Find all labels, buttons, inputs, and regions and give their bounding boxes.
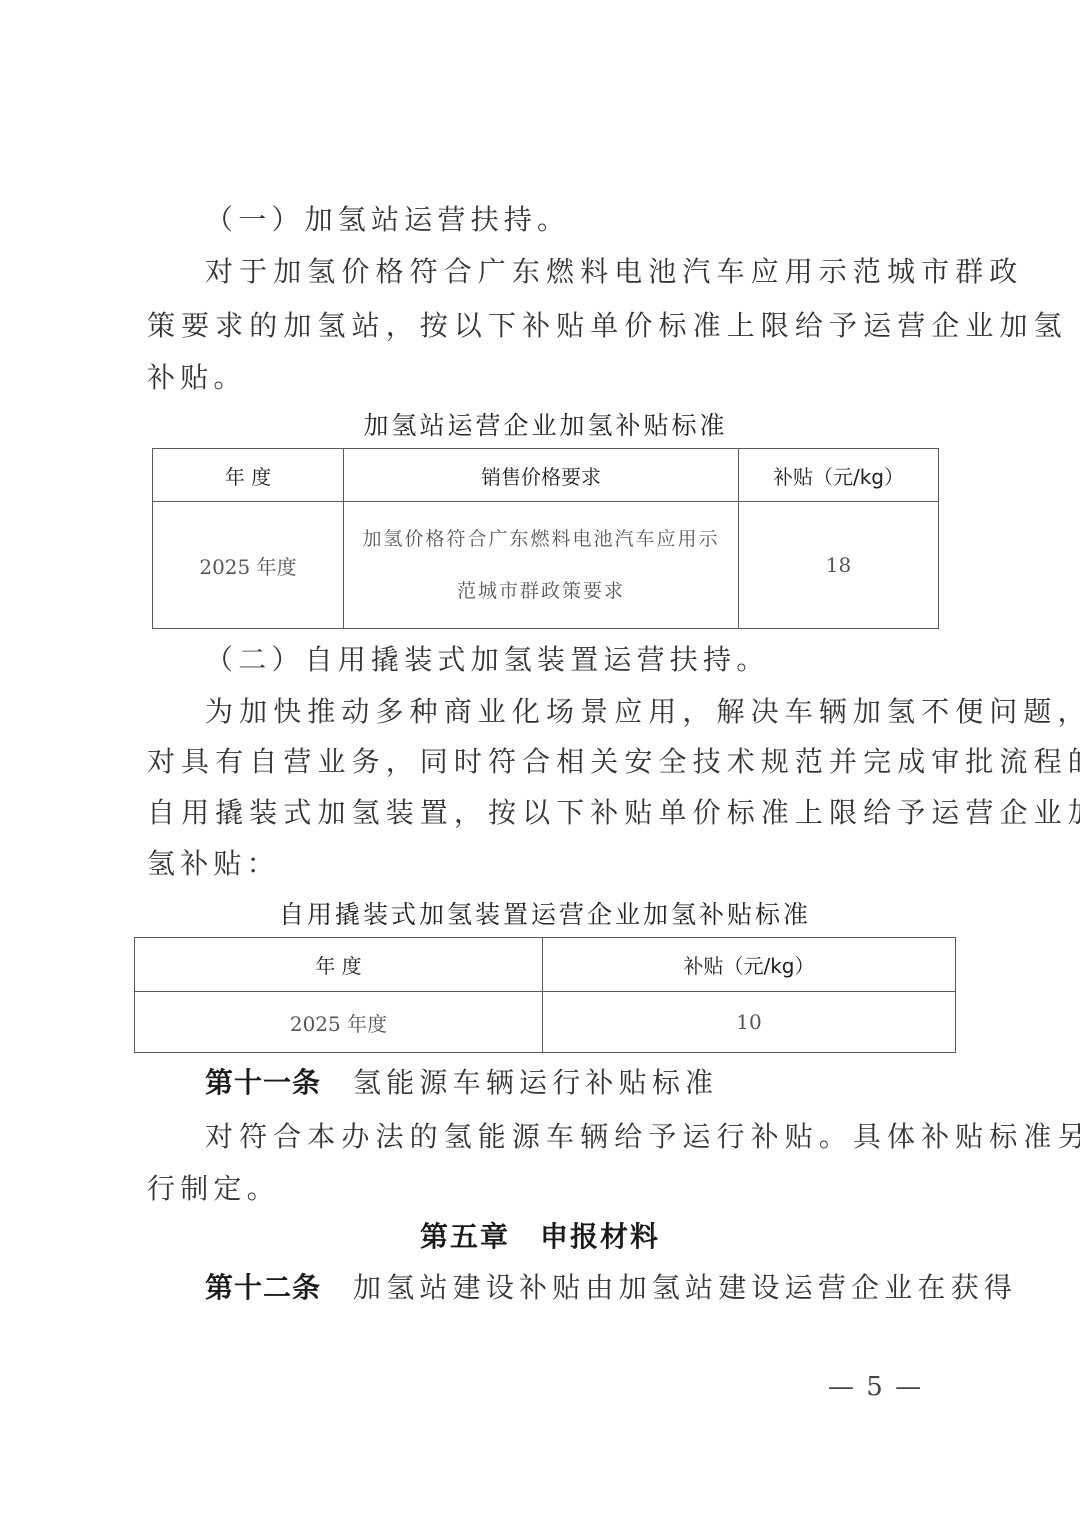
chapter-5-heading: 第五章 申报材料 [0, 1220, 1080, 1254]
section-1-heading: （一）加氢站运营扶持。 [205, 203, 570, 237]
section-2-paragraph-line-3: 自用撬装式加氢装置，按以下补贴单价标准上限给予运营企业加 [147, 796, 1080, 830]
article-11-label: 第十一条 [205, 1066, 321, 1099]
price-requirement-line-1: 加氢价格符合广东燃料电池汽车应用示 [344, 513, 738, 565]
table-header-subsidy: 补贴（元/kg） [739, 449, 939, 502]
section-1-paragraph-line-1: 对于加氢价格符合广东燃料电池汽车应用示范城市群政 [205, 255, 1023, 289]
article-12-text: 加氢站建设补贴由加氢站建设运营企业在获得 [353, 1271, 1017, 1304]
table-header-subsidy: 补贴（元/kg） [543, 938, 956, 992]
table-cell-year: 2025 年度 [135, 992, 543, 1053]
table-header-row: 年 度 补贴（元/kg） [135, 938, 956, 992]
table-header-year: 年 度 [153, 449, 344, 502]
table-1-caption: 加氢站运营企业加氢补贴标准 [152, 411, 939, 441]
article-11-paragraph-line-2: 行制定。 [147, 1172, 280, 1206]
section-2-paragraph-line-2: 对具有自营业务，同时符合相关安全技术规范并完成审批流程的 [147, 745, 1080, 779]
section-2-paragraph-line-1: 为加快推动多种商业化场景应用，解决车辆加氢不便问题， [205, 695, 1080, 729]
table-cell-price-requirement: 加氢价格符合广东燃料电池汽车应用示 范城市群政策要求 [344, 502, 739, 629]
table-header-year: 年 度 [135, 938, 543, 992]
subsidy-table-skid-mounted: 年 度 补贴（元/kg） 2025 年度 10 [134, 937, 956, 1053]
subsidy-table-hydrogen-station: 年 度 销售价格要求 补贴（元/kg） 2025 年度 加氢价格符合广东燃料电池… [152, 448, 939, 629]
table-row: 2025 年度 加氢价格符合广东燃料电池汽车应用示 范城市群政策要求 18 [153, 502, 939, 629]
table-2-caption: 自用撬装式加氢装置运营企业加氢补贴标准 [134, 900, 956, 930]
page-number: — 5 — [828, 1372, 923, 1402]
article-11-title: 氢能源车辆运行补贴标准 [353, 1066, 718, 1099]
section-1-paragraph-line-2: 策要求的加氢站，按以下补贴单价标准上限给予运营企业加氢 [147, 309, 1068, 343]
table-row: 2025 年度 10 [135, 992, 956, 1053]
table-header-row: 年 度 销售价格要求 补贴（元/kg） [153, 449, 939, 502]
article-11-heading: 第十一条氢能源车辆运行补贴标准 [205, 1066, 718, 1100]
article-11-paragraph-line-1: 对符合本办法的氢能源车辆给予运行补贴。具体补贴标准另 [205, 1120, 1080, 1154]
table-cell-subsidy: 10 [543, 992, 956, 1053]
table-header-price-requirement: 销售价格要求 [344, 449, 739, 502]
section-2-heading: （二）自用撬装式加氢装置运营扶持。 [205, 643, 769, 677]
table-cell-subsidy: 18 [739, 502, 939, 629]
article-12-heading: 第十二条加氢站建设补贴由加氢站建设运营企业在获得 [205, 1271, 1017, 1305]
article-12-label: 第十二条 [205, 1271, 321, 1304]
section-2-paragraph-line-4: 氢补贴： [147, 847, 280, 881]
section-1-paragraph-line-3: 补贴。 [147, 361, 247, 395]
price-requirement-line-2: 范城市群政策要求 [344, 565, 738, 617]
table-cell-year: 2025 年度 [153, 502, 344, 629]
